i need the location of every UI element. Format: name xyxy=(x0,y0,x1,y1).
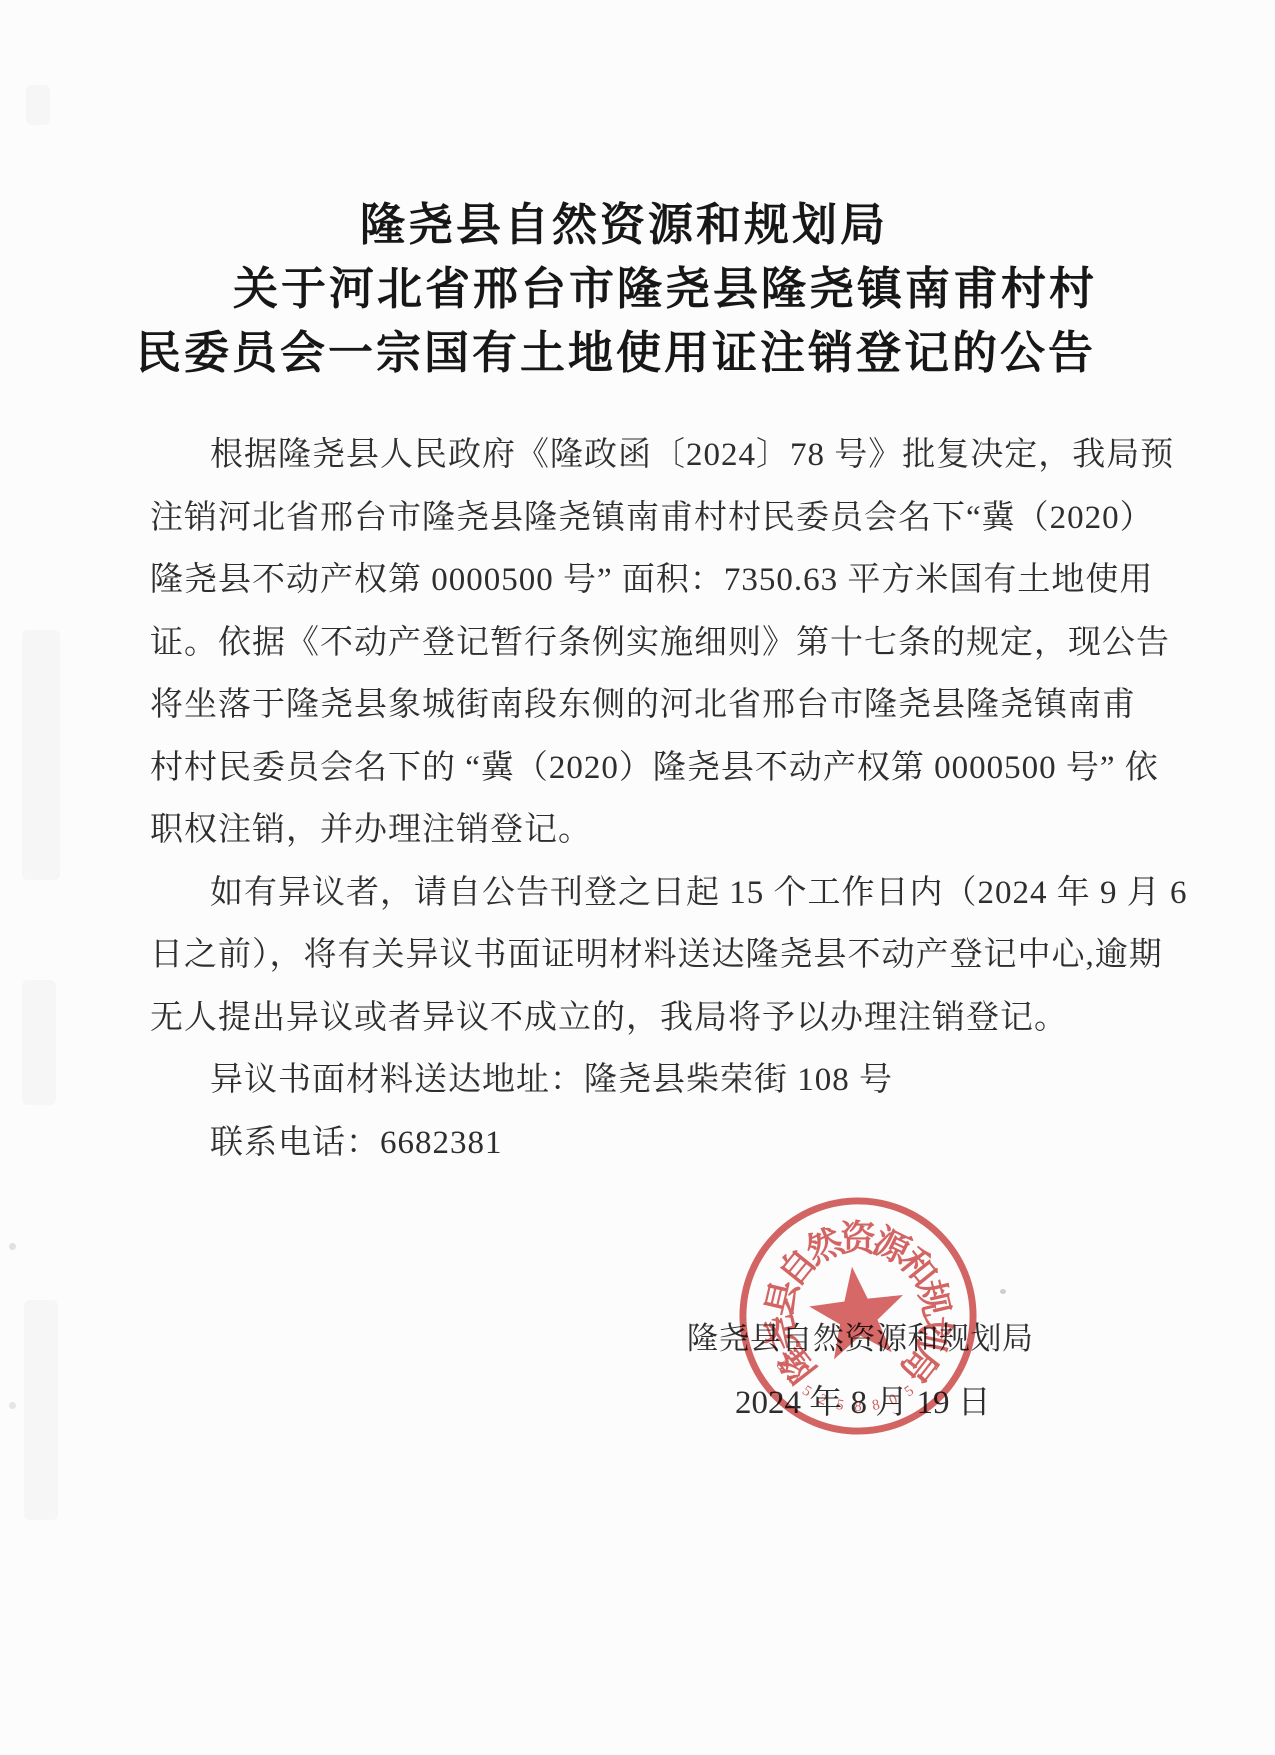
svg-text:5: 5 xyxy=(835,1397,845,1414)
scan-artifact xyxy=(1000,1289,1006,1294)
scan-artifact xyxy=(9,1243,16,1250)
announcement-body: 根据隆尧县人民政府《隆政函〔2024〕78 号》批复决定，我局预 注销河北省邢台… xyxy=(150,424,1110,1174)
seal-star-icon xyxy=(805,1261,910,1362)
title-line-2: 关于河北省邢台市隆尧县隆尧镇南甫村村 xyxy=(233,267,1097,312)
body-line: 村村民委员会名下的 “冀（2020）隆尧县不动产权第 0000500 号” 依 xyxy=(150,737,1110,800)
document-page: 隆尧县自然资源和规划局 关于河北省邢台市隆尧县隆尧镇南甫村村 民委员会一宗国有土… xyxy=(0,0,1275,1755)
svg-text:8: 8 xyxy=(871,1397,881,1414)
svg-text:8: 8 xyxy=(854,1399,861,1415)
body-line: 注销河北省邢台市隆尧县隆尧镇南甫村村民委员会名下“冀（2020） xyxy=(150,487,1110,550)
address-line: 异议书面材料送达地址：隆尧县柴荣街 108 号 xyxy=(150,1049,1110,1112)
body-line: 隆尧县不动产权第 0000500 号” 面积：7350.63 平方米国有土地使用 xyxy=(150,549,1110,612)
body-line: 证。依据《不动产登记暂行条例实施细则》第十七条的规定，现公告 xyxy=(150,612,1110,675)
svg-text:5: 5 xyxy=(902,1383,917,1400)
scan-artifact xyxy=(24,1300,58,1520)
body-line: 如有异议者，请自公告刊登之日起 15 个工作日内（2024 年 9 月 6 xyxy=(150,862,1110,925)
scan-artifact xyxy=(9,1402,16,1409)
title-line-1: 隆尧县自然资源和规划局 xyxy=(360,203,888,248)
body-line: 职权注销，并办理注销登记。 xyxy=(150,799,1110,862)
svg-text:2: 2 xyxy=(816,1391,829,1409)
contact-phone-line: 联系电话：6682381 xyxy=(150,1112,1110,1175)
official-seal: 隆尧县自然资源和规划局 30525880542 xyxy=(736,1190,980,1442)
svg-text:0: 0 xyxy=(887,1391,900,1409)
scan-artifact xyxy=(22,980,56,1105)
svg-text:5: 5 xyxy=(799,1383,814,1400)
body-line: 根据隆尧县人民政府《隆政函〔2024〕78 号》批复决定，我局预 xyxy=(150,424,1110,487)
title-line-3: 民委员会一宗国有土地使用证注销登记的公告 xyxy=(136,331,1096,376)
body-line: 无人提出异议或者异议不成立的，我局将予以办理注销登记。 xyxy=(150,987,1110,1050)
scan-artifact xyxy=(26,85,50,125)
body-line: 将坐落于隆尧县象城街南段东侧的河北省邢台市隆尧县隆尧镇南甫 xyxy=(150,674,1110,737)
scan-artifact xyxy=(22,630,60,880)
body-line: 日之前），将有关异议书面证明材料送达隆尧县不动产登记中心,逾期 xyxy=(150,924,1110,987)
